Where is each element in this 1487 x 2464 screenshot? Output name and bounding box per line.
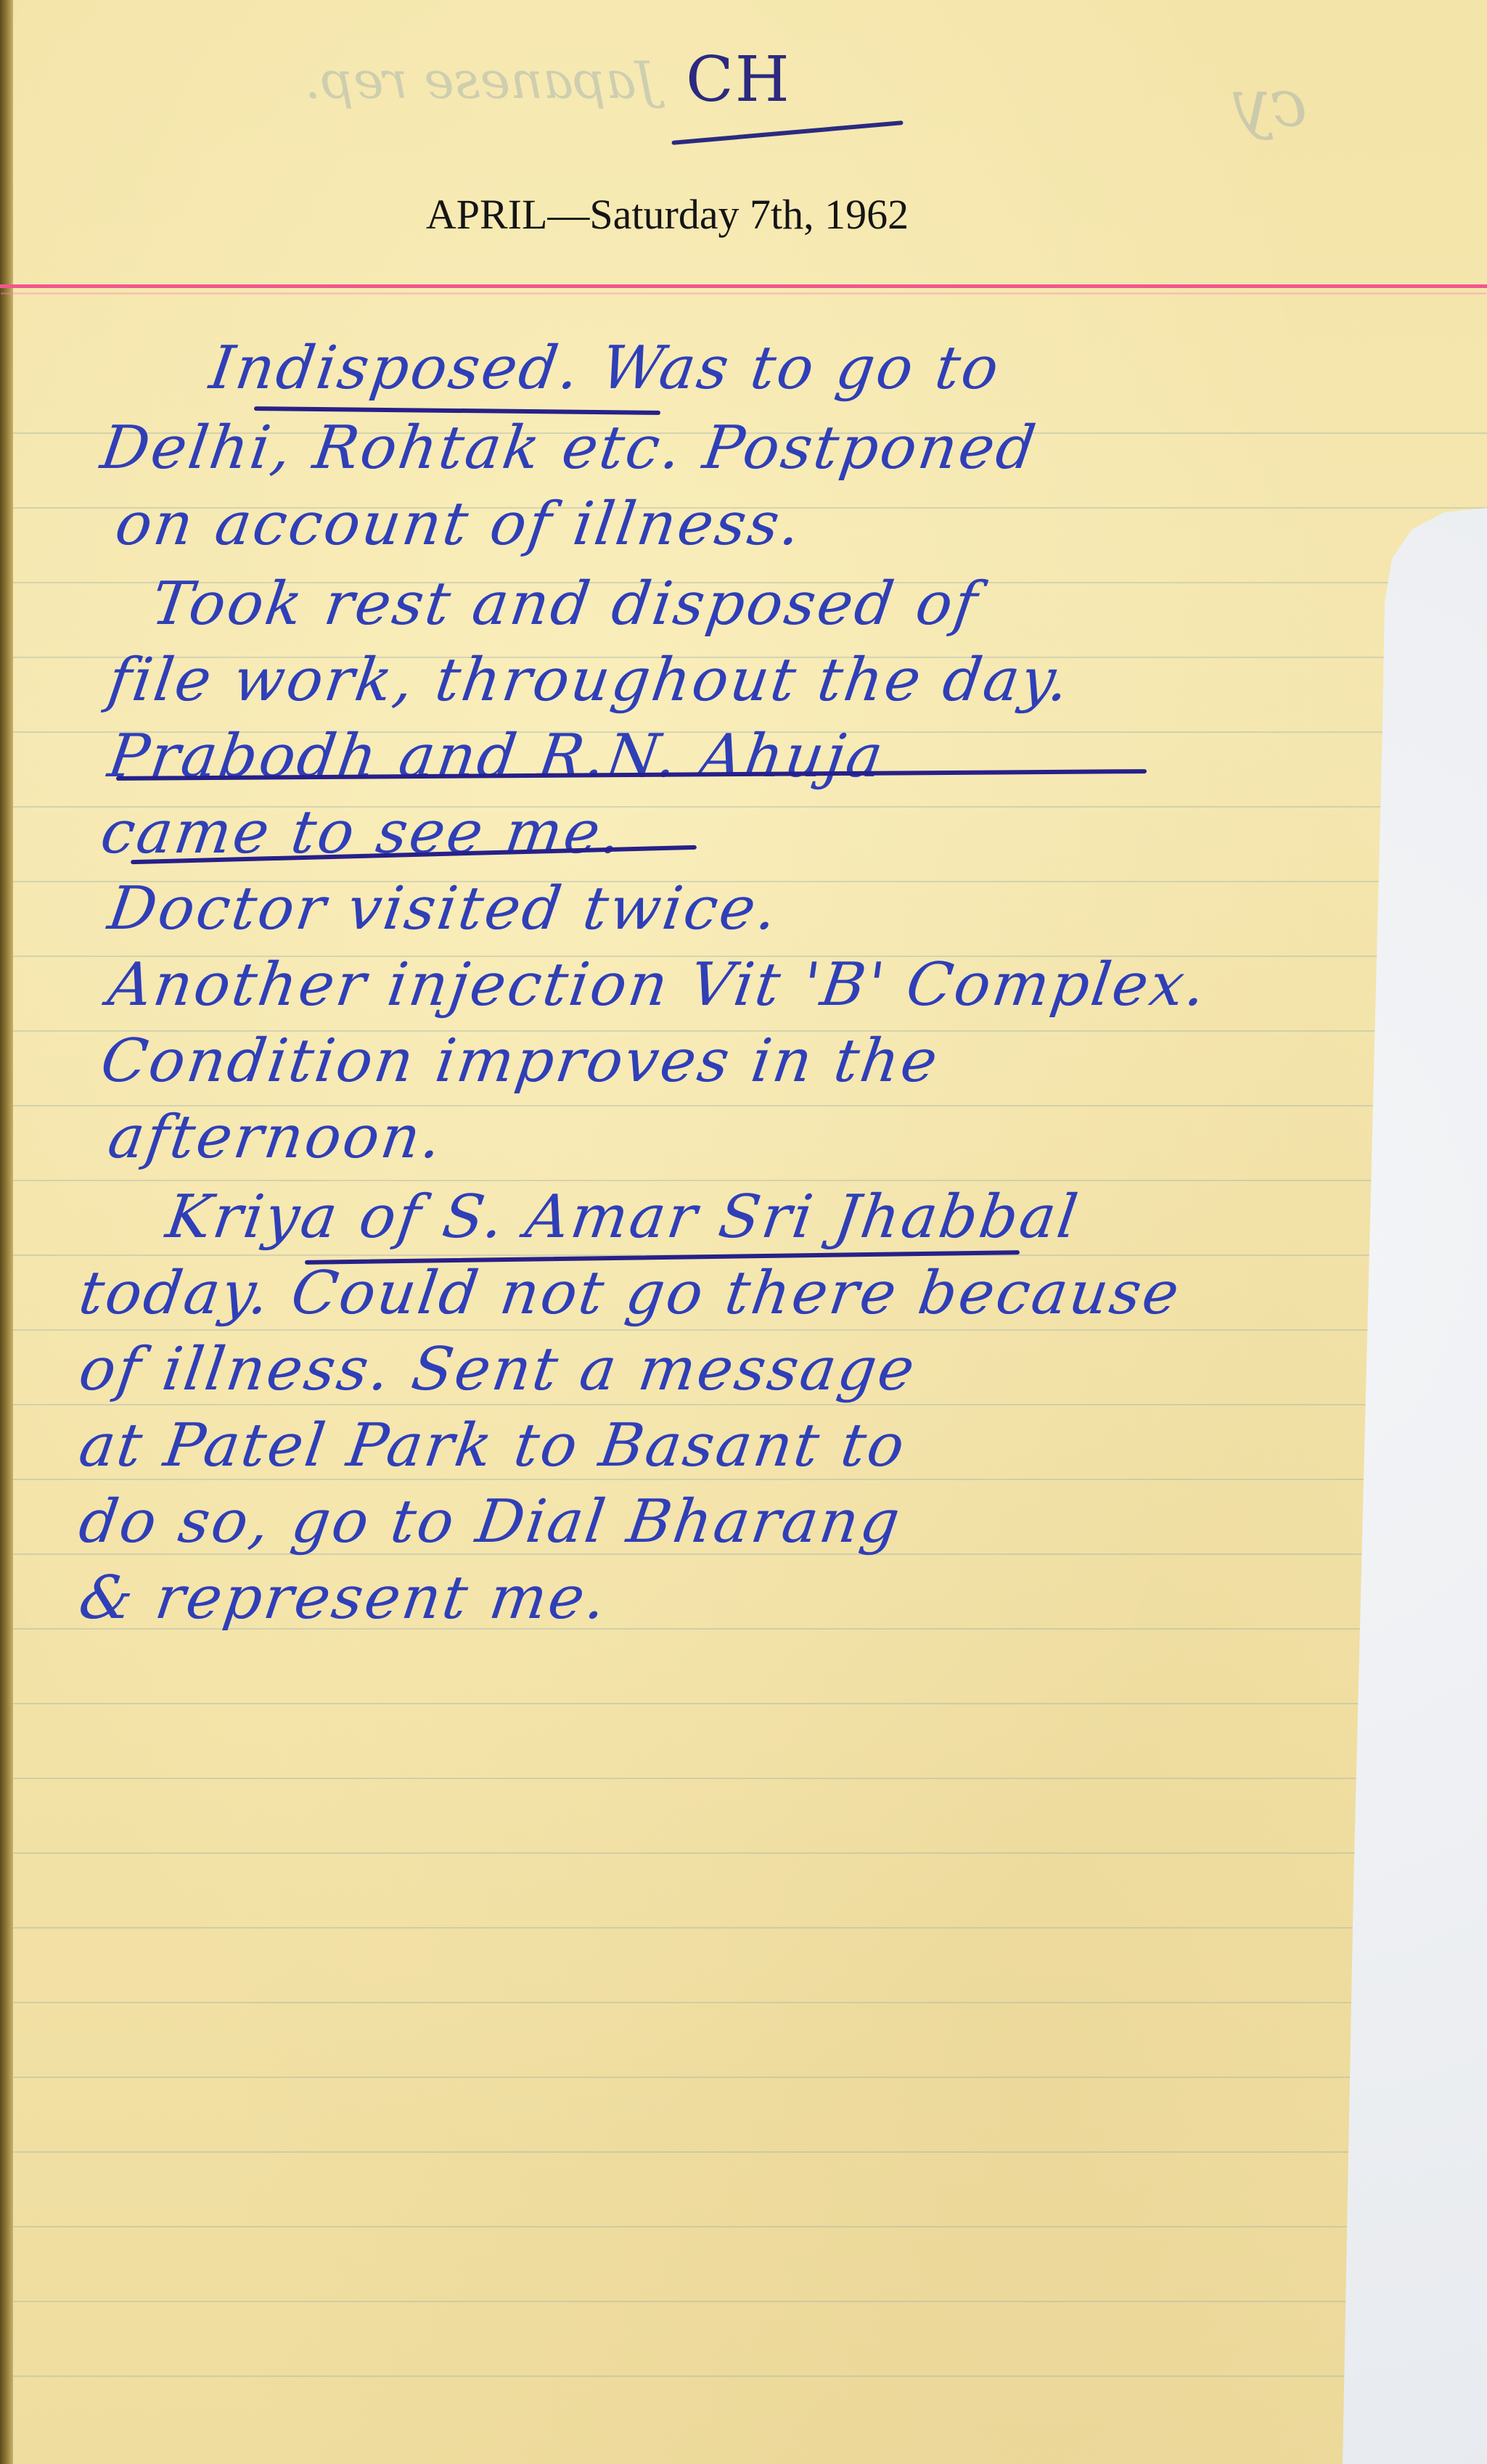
ruled-line — [13, 1404, 1487, 1405]
entry-line: on account of illness. — [111, 490, 806, 559]
entry-line: file work, throughout the day. — [104, 646, 1075, 715]
bleed-through-text: Japanese rep. — [305, 51, 656, 110]
ruled-line — [13, 1927, 1487, 1929]
ruled-line — [13, 1852, 1487, 1854]
entry-line: today. Could not go there because — [75, 1259, 1185, 1328]
ruled-line — [13, 2301, 1487, 2302]
ruled-line — [13, 2375, 1487, 2377]
ruled-line — [13, 1703, 1487, 1704]
ruled-line — [13, 2002, 1487, 2003]
entry-line: & represent me. — [75, 1564, 612, 1633]
entry-line: at Patel Park to Basant to — [75, 1411, 910, 1480]
entry-line: afternoon. — [104, 1103, 448, 1172]
ruled-line — [13, 1778, 1487, 1779]
header-margin-rule — [0, 284, 1487, 288]
initials-underline — [671, 120, 903, 145]
ruled-line — [13, 1180, 1487, 1181]
entry-line: Prabodh and R.N. Ahuja — [104, 722, 889, 791]
entry-line: Another injection Vit 'B' Complex. — [104, 950, 1211, 1019]
entry-line: do so, go to Dial Bharang — [75, 1487, 906, 1556]
entry-line: Delhi, Rohtak etc. Postponed — [97, 414, 1041, 482]
diary-page: Japanese rep. cy CH APRIL—Saturday 7th, … — [0, 0, 1487, 2464]
binding-spine — [0, 0, 13, 2464]
entry-line: of illness. Sent a message — [75, 1335, 920, 1404]
ruled-line — [13, 2151, 1487, 2153]
ruled-line — [13, 2226, 1487, 2227]
entry-line: Condition improves in the — [97, 1027, 943, 1096]
bleed-through-text: cy — [1234, 65, 1307, 141]
entry-line: Doctor visited twice. — [104, 874, 783, 943]
date-heading: APRIL—Saturday 7th, 1962 — [0, 190, 1411, 239]
entry-line: Took rest and disposed of — [147, 570, 983, 638]
ruled-line — [13, 1329, 1487, 1331]
entry-line: Kriya of S. Amar Sri Jhabbal — [162, 1183, 1083, 1252]
ruled-line — [13, 2077, 1487, 2078]
initials-mark: CH — [686, 44, 791, 116]
entry-line: Indisposed. Was to go to — [205, 334, 1004, 403]
